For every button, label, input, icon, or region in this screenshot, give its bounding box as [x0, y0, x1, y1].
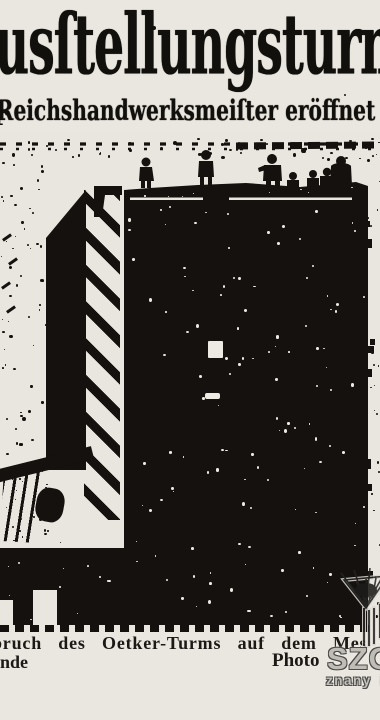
speckle [44, 533, 46, 535]
speckle [22, 474, 24, 476]
speckle [8, 566, 9, 567]
edge-bump [368, 346, 374, 354]
worker-figure [139, 158, 154, 189]
headline: Ausſtellungsturm [0, 2, 380, 86]
speckle [327, 158, 330, 161]
base-white-corner [0, 600, 13, 625]
worker-figure [258, 154, 282, 189]
subheadline: Reichshandwerksmeiſter eröffnet [0, 96, 375, 127]
speckle [305, 325, 307, 327]
speckle [160, 499, 163, 501]
speckle [282, 225, 285, 228]
speckle [298, 551, 301, 554]
speckle [31, 439, 34, 441]
speckle [59, 586, 61, 589]
speckle [221, 449, 224, 451]
speckle [370, 387, 372, 388]
speckle [19, 443, 22, 445]
edge-bump [365, 484, 372, 492]
speckle [6, 453, 9, 455]
speckle [99, 153, 101, 155]
speckle [6, 418, 8, 420]
watermark-text-small: znany i l [326, 673, 380, 688]
speckle [54, 514, 56, 517]
speckle [199, 375, 203, 378]
speckle [33, 345, 34, 346]
speckle [312, 265, 314, 267]
speckle [8, 321, 9, 322]
speckle [277, 242, 280, 245]
speckle [238, 142, 240, 144]
window-slit [205, 393, 220, 399]
speckle [236, 148, 239, 151]
speckle [242, 357, 245, 360]
speckle [367, 217, 369, 219]
speckle [41, 165, 44, 168]
speckle [275, 378, 278, 381]
speckle [244, 309, 247, 312]
speckle [28, 316, 30, 318]
speckle [169, 451, 173, 453]
worker-figure [330, 156, 352, 186]
speckle [5, 364, 7, 365]
speckle [42, 470, 43, 472]
speckle [9, 595, 10, 596]
speckle [237, 327, 240, 329]
speckle [144, 195, 146, 196]
caption-photo-credit: Photo [272, 650, 320, 672]
speckle [20, 518, 22, 520]
speckle [373, 364, 375, 366]
speckle [39, 518, 42, 521]
edge-bump [370, 339, 375, 345]
speckle [108, 580, 110, 582]
speckle [374, 410, 375, 411]
speckle [371, 138, 374, 141]
speckle [173, 141, 177, 145]
speckle [31, 154, 33, 156]
speckle [304, 468, 305, 469]
speckle [15, 428, 17, 430]
speckle [351, 383, 354, 386]
speckle [149, 298, 152, 302]
speckle [293, 142, 295, 143]
speckle [22, 417, 26, 421]
edge-bump [367, 369, 372, 377]
speckle [10, 195, 13, 198]
speckle [14, 204, 17, 207]
speckle [202, 397, 205, 400]
speckle [216, 344, 218, 346]
speckle [28, 410, 31, 414]
left-column-silhouette [46, 238, 86, 470]
newspaper-clipping: Ausſtellungsturm r Reichshandwerksmeiſte… [0, 0, 380, 720]
speckle [132, 258, 135, 261]
speckle [2, 367, 4, 369]
speckle [16, 442, 19, 445]
speckle [163, 354, 166, 356]
speckle [17, 529, 20, 531]
speckle [46, 484, 47, 485]
speckle [330, 309, 332, 310]
speckle [183, 456, 185, 458]
halftone-photo [0, 132, 380, 632]
speckle [9, 335, 12, 338]
speckle [30, 385, 32, 388]
edge-bump [367, 459, 372, 469]
speckle [378, 365, 380, 367]
speckle [319, 461, 322, 463]
sky-scratch [6, 305, 16, 313]
speckle [72, 156, 75, 158]
speckle [165, 224, 166, 225]
left-column-cap [46, 190, 86, 238]
speckle [287, 422, 289, 425]
watermark-emblem-icon [336, 568, 380, 652]
speckle [376, 413, 378, 415]
base-white-slit [33, 590, 57, 625]
speckle [352, 222, 353, 224]
speckle [354, 230, 356, 232]
speckle [355, 523, 356, 524]
speckle [267, 231, 270, 234]
edge-bump [367, 239, 373, 248]
worker-figure [307, 170, 319, 187]
speckle [60, 506, 62, 509]
caption-line-2-left: ände [0, 652, 28, 673]
speckle [267, 479, 269, 481]
speckle [228, 247, 230, 249]
speckle [186, 331, 189, 333]
speckle [276, 335, 279, 338]
speckle [299, 238, 301, 240]
speckle [229, 373, 231, 375]
speckle [221, 156, 225, 159]
speckle [284, 429, 287, 433]
speckle [78, 154, 80, 156]
sky-scratch [8, 257, 18, 265]
speckle [308, 144, 311, 147]
speckle [1, 256, 2, 257]
speckle [377, 461, 380, 464]
photo-bottom-ragged-edge [0, 625, 372, 632]
speckle [252, 358, 254, 359]
speckle [225, 357, 228, 360]
speckle [2, 319, 3, 320]
speckle [216, 468, 219, 471]
print-speck [152, 26, 156, 30]
speckle [160, 209, 162, 211]
base-mass [0, 548, 128, 625]
speckle [13, 164, 15, 166]
worker-figure [287, 172, 299, 188]
speckle [41, 401, 44, 404]
speckle [196, 324, 199, 328]
speckle [143, 462, 145, 465]
speckle [210, 572, 212, 574]
speckle [20, 275, 22, 277]
tower-silhouette [124, 200, 368, 625]
speckle [184, 276, 185, 277]
speckle [316, 347, 318, 350]
striped-facade [84, 190, 120, 520]
speckle [29, 208, 31, 209]
speckle [247, 610, 251, 612]
speckle [327, 582, 328, 583]
speckle [2, 331, 5, 333]
speckle [349, 140, 352, 142]
speckle [209, 582, 212, 585]
speckle [13, 368, 16, 370]
speckle [315, 512, 317, 513]
speckle [129, 149, 132, 152]
speckle [301, 148, 305, 153]
speckle [227, 213, 229, 215]
speckle [334, 144, 337, 147]
speckle [39, 309, 40, 311]
speckle [275, 346, 277, 347]
speckle [16, 284, 19, 287]
speckle [33, 516, 35, 518]
speckle [373, 510, 374, 511]
speckle [376, 154, 377, 155]
speckle [20, 412, 22, 414]
speckle [18, 562, 20, 564]
speckle [294, 427, 296, 429]
speckle [39, 304, 42, 306]
speckle [198, 153, 202, 155]
speckle [300, 189, 302, 190]
speckle [251, 453, 253, 456]
speckle [306, 277, 308, 279]
speckle [47, 530, 49, 533]
speckle [36, 243, 38, 245]
print-speck [344, 94, 346, 96]
sky-scratch [1, 281, 11, 289]
speckle [322, 157, 324, 159]
speckle [27, 244, 29, 246]
speckle [19, 530, 21, 532]
speckle [6, 507, 7, 508]
speckle [238, 543, 241, 545]
speckle [128, 218, 131, 221]
speckle [41, 170, 44, 173]
speckle [9, 295, 11, 297]
speckle [4, 349, 5, 350]
speckle [12, 526, 14, 528]
speckle [9, 266, 12, 269]
speckle [221, 143, 225, 146]
speckle [28, 141, 31, 144]
speckle [207, 471, 209, 473]
speckle [371, 493, 372, 495]
speckle [108, 155, 110, 157]
speckle [191, 547, 194, 550]
speckle [60, 542, 61, 544]
speckle [128, 229, 131, 231]
speckle [374, 385, 375, 386]
edge-bump [365, 221, 370, 227]
speckle [244, 479, 246, 481]
speckle [67, 139, 70, 141]
speckle [372, 155, 374, 157]
speckle [335, 310, 338, 313]
speckle [288, 351, 290, 352]
watermark-text-large: SZG [327, 641, 380, 677]
speckle [315, 437, 318, 440]
speckle [136, 561, 137, 562]
speckle [24, 228, 25, 230]
speckle [293, 153, 296, 156]
speckle [363, 506, 365, 508]
